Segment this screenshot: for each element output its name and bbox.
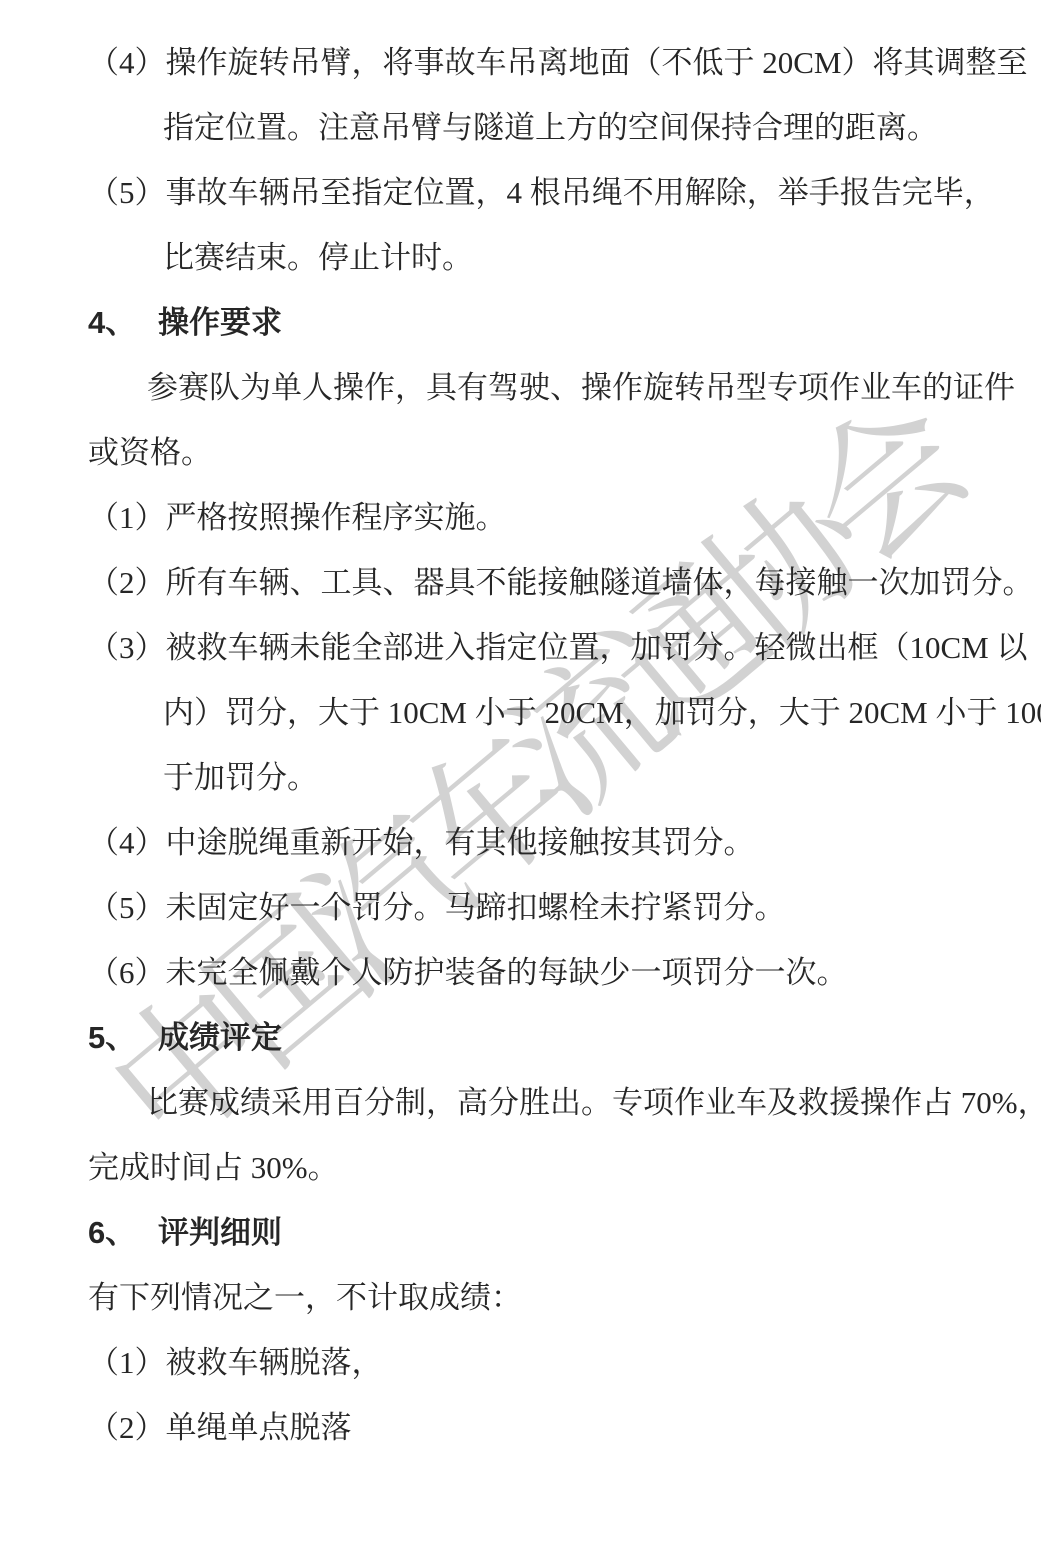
line-marker: 6、 bbox=[88, 1200, 158, 1265]
document-line: 6、 评判细则 bbox=[88, 1200, 961, 1265]
document-line: （5） 未固定好一个罚分。马蹄扣螺栓未拧紧罚分。 bbox=[88, 875, 961, 940]
line-text: 所有车辆、工具、器具不能接触隧道墙体，每接触一次加罚分。 bbox=[166, 550, 1034, 615]
line-text: 未固定好一个罚分。马蹄扣螺栓未拧紧罚分。 bbox=[166, 875, 786, 940]
document-line: （1） 被救车辆脱落， bbox=[88, 1330, 961, 1395]
line-marker: 4、 bbox=[88, 290, 158, 355]
document-line: 参赛队为单人操作，具有驾驶、操作旋转吊型专项作业车的证件 bbox=[88, 355, 961, 420]
line-text: 中途脱绳重新开始，有其他接触按其罚分。 bbox=[166, 810, 755, 875]
line-text: 内）罚分，大于 10CM 小于 20CM，加罚分，大于 20CM 小于 100C… bbox=[163, 680, 1041, 745]
document-line: 4、 操作要求 bbox=[88, 290, 961, 355]
line-marker: （4） bbox=[88, 810, 166, 875]
document-line: 完成时间占 30%。 bbox=[88, 1135, 961, 1200]
document-page: 中国汽车流通协会 （4） 操作旋转吊臂，将事故车吊离地面（不低于 20CM）将其… bbox=[0, 0, 1041, 1545]
line-text: 有下列情况之一，不计取成绩： bbox=[88, 1265, 522, 1330]
line-marker: （6） bbox=[88, 940, 166, 1005]
document-line: 或资格。 bbox=[88, 420, 961, 485]
document-line: 于加罚分。 bbox=[88, 745, 961, 810]
line-text: 指定位置。注意吊臂与隧道上方的空间保持合理的距离。 bbox=[163, 95, 938, 160]
line-marker: （1） bbox=[88, 485, 166, 550]
line-marker: （3） bbox=[88, 615, 166, 680]
line-text: 操作要求 bbox=[158, 290, 282, 355]
line-text: 严格按照操作程序实施。 bbox=[166, 485, 507, 550]
document-line: （4） 操作旋转吊臂，将事故车吊离地面（不低于 20CM）将其调整至 bbox=[88, 30, 961, 95]
line-text: 操作旋转吊臂，将事故车吊离地面（不低于 20CM）将其调整至 bbox=[166, 30, 1028, 95]
document-line: （4） 中途脱绳重新开始，有其他接触按其罚分。 bbox=[88, 810, 961, 875]
line-text: 事故车辆吊至指定位置，4 根吊绳不用解除，举手报告完毕， bbox=[166, 160, 995, 225]
line-text: 未完全佩戴个人防护装备的每缺少一项罚分一次。 bbox=[166, 940, 848, 1005]
line-marker: （4） bbox=[88, 30, 166, 95]
document-line: 有下列情况之一，不计取成绩： bbox=[88, 1265, 961, 1330]
document-line: （5） 事故车辆吊至指定位置，4 根吊绳不用解除，举手报告完毕， bbox=[88, 160, 961, 225]
document-line: 指定位置。注意吊臂与隧道上方的空间保持合理的距离。 bbox=[88, 95, 961, 160]
document-line: （2） 所有车辆、工具、器具不能接触隧道墙体，每接触一次加罚分。 bbox=[88, 550, 961, 615]
line-text: 于加罚分。 bbox=[163, 745, 318, 810]
line-text: 成绩评定 bbox=[158, 1005, 282, 1070]
line-marker: （5） bbox=[88, 160, 166, 225]
document-line: （2） 单绳单点脱落 bbox=[88, 1395, 961, 1460]
line-text: 或资格。 bbox=[88, 420, 212, 485]
line-marker: （1） bbox=[88, 1330, 166, 1395]
line-text: 比赛结束。停止计时。 bbox=[163, 225, 473, 290]
line-marker: （5） bbox=[88, 875, 166, 940]
document-line: 比赛成绩采用百分制，高分胜出。专项作业车及救援操作占 70%， bbox=[88, 1070, 961, 1135]
line-text: 评判细则 bbox=[158, 1200, 282, 1265]
line-text: 参赛队为单人操作，具有驾驶、操作旋转吊型专项作业车的证件 bbox=[147, 355, 1015, 420]
line-marker: （2） bbox=[88, 550, 166, 615]
document-line: 5、 成绩评定 bbox=[88, 1005, 961, 1070]
document-line: （6） 未完全佩戴个人防护装备的每缺少一项罚分一次。 bbox=[88, 940, 961, 1005]
document-line: （3） 被救车辆未能全部进入指定位置，加罚分。轻微出框（10CM 以 bbox=[88, 615, 961, 680]
document-body: （4） 操作旋转吊臂，将事故车吊离地面（不低于 20CM）将其调整至 指定位置。… bbox=[88, 30, 961, 1460]
line-text: 完成时间占 30%。 bbox=[88, 1135, 339, 1200]
line-text: 被救车辆脱落， bbox=[166, 1330, 383, 1395]
document-line: 内）罚分，大于 10CM 小于 20CM，加罚分，大于 20CM 小于 100C… bbox=[88, 680, 961, 745]
line-marker: 5、 bbox=[88, 1005, 158, 1070]
line-text: 比赛成绩采用百分制，高分胜出。专项作业车及救援操作占 70%， bbox=[147, 1070, 1041, 1135]
line-text: 单绳单点脱落 bbox=[166, 1395, 352, 1460]
document-line: 比赛结束。停止计时。 bbox=[88, 225, 961, 290]
document-line: （1） 严格按照操作程序实施。 bbox=[88, 485, 961, 550]
line-marker: （2） bbox=[88, 1395, 166, 1460]
line-text: 被救车辆未能全部进入指定位置，加罚分。轻微出框（10CM 以 bbox=[166, 615, 1028, 680]
